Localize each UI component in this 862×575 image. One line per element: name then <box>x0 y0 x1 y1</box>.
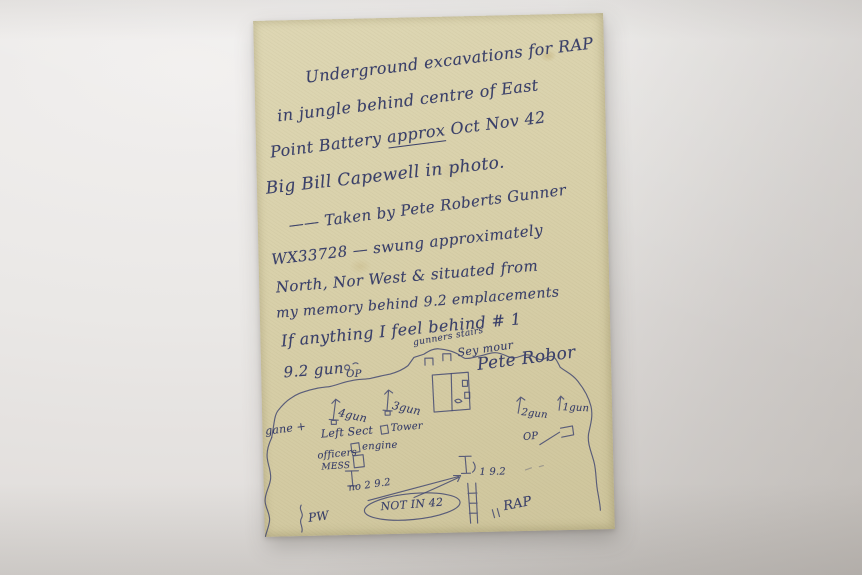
pennant-flag-icon <box>539 426 573 445</box>
sketch-label: OP <box>346 369 362 380</box>
sketch-label: engine <box>362 440 398 453</box>
faint-pen-marks <box>525 466 543 470</box>
sketch-label: OP <box>523 431 539 443</box>
sketch-label: 1 9.2 <box>479 466 506 478</box>
sketch-label: MESS <box>321 461 350 473</box>
building-sketch <box>425 353 470 412</box>
tower-square-icon <box>380 425 388 434</box>
sketch-label: PW <box>307 508 329 525</box>
ladder-icon <box>468 483 500 524</box>
handwritten-note: Underground excavations for RAPin jungle… <box>253 13 615 537</box>
map-sketch <box>253 13 615 537</box>
photo-background: Underground excavations for RAPin jungle… <box>0 0 862 575</box>
sketch-label: 1gun <box>562 402 589 414</box>
gun-symbol-no1-92 <box>459 456 475 473</box>
pw-squiggle <box>300 505 302 532</box>
